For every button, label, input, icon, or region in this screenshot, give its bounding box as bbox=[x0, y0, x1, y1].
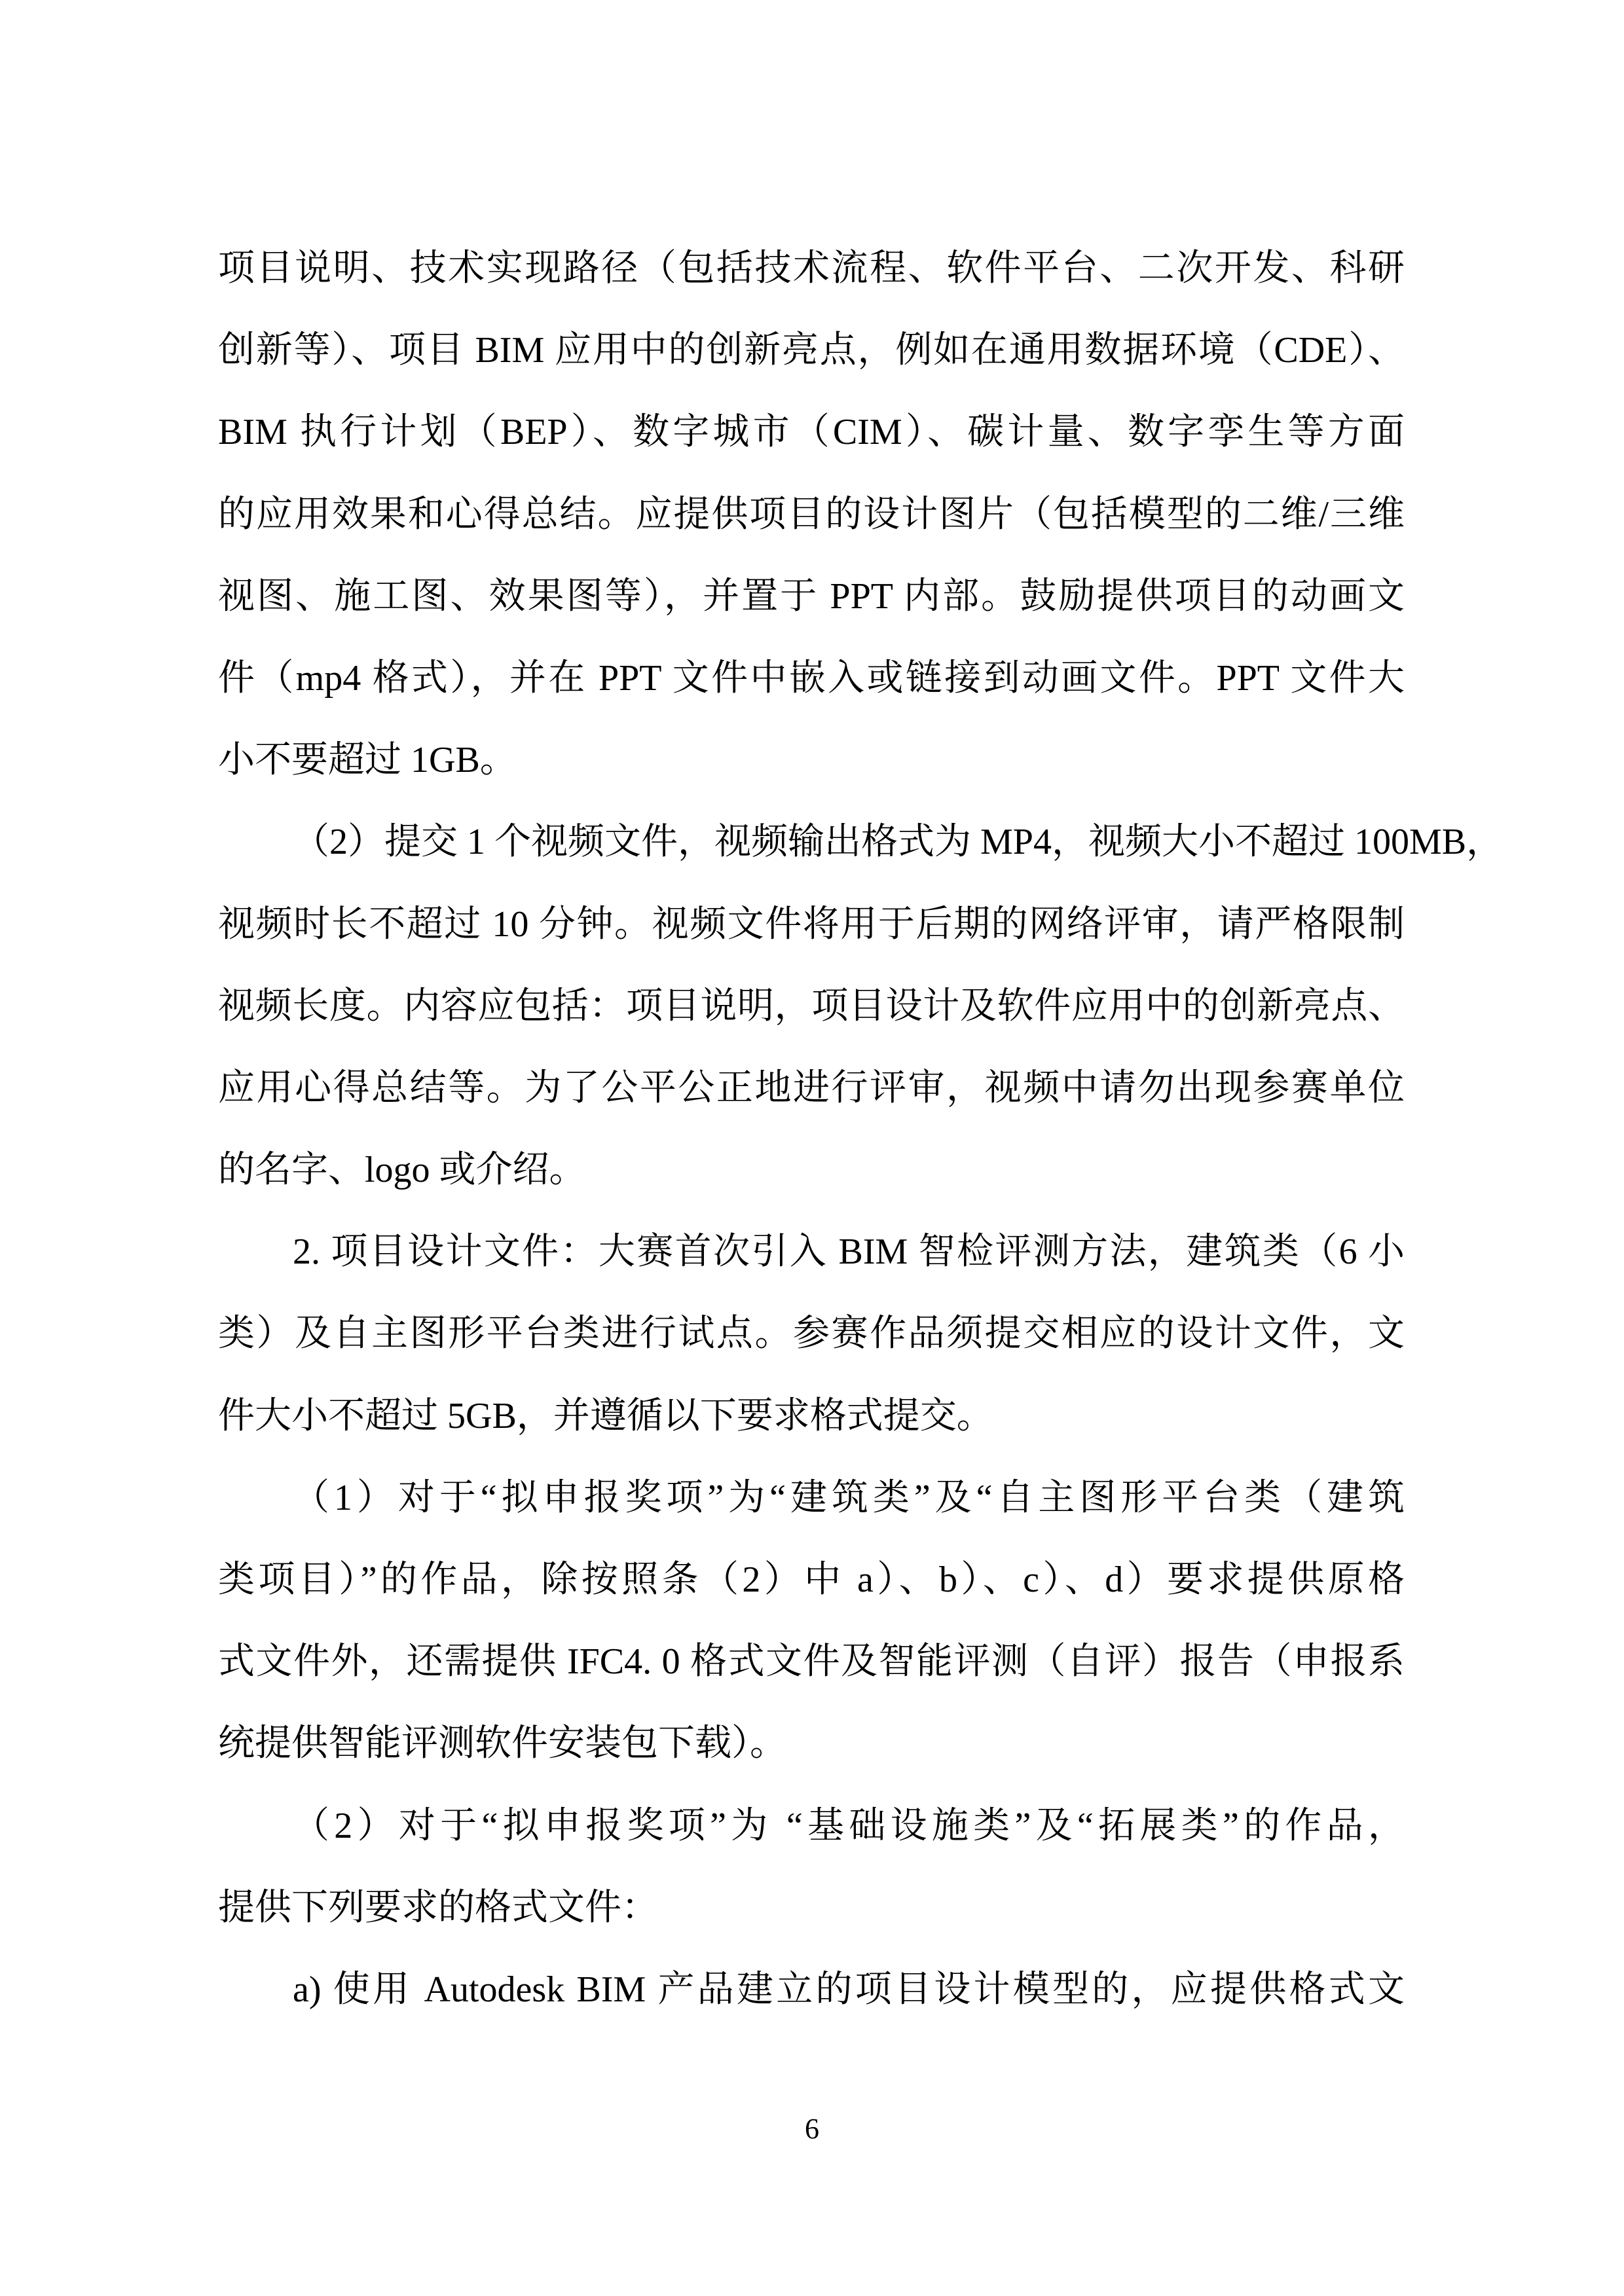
text-line: 应用心得总结等。为了公平公正地进行评审，视频中请勿出现参赛单位 bbox=[218, 1055, 1405, 1137]
text-line: 的应用效果和心得总结。应提供项目的设计图片（包括模型的二维/三维 bbox=[218, 482, 1405, 564]
text-line: 项目说明、技术实现路径（包括技术流程、软件平台、二次开发、科研 bbox=[218, 236, 1405, 318]
paragraph-infrastructure-category: （2）对于“拟申报奖项”为 “基础设施类”及“拓展类”的作品， 提供下列要求的格… bbox=[218, 1793, 1405, 1957]
text-line: 统提供智能评测软件安装包下载）。 bbox=[218, 1711, 1405, 1793]
text-line: 视图、施工图、效果图等），并置于 PPT 内部。鼓励提供项目的动画文 bbox=[218, 564, 1405, 646]
text-line: 的名字、logo 或介绍。 bbox=[218, 1137, 1405, 1219]
text-line: a) 使用 Autodesk BIM 产品建立的项目设计模型的，应提供格式文 bbox=[218, 1957, 1405, 2039]
text-line: （2）对于“拟申报奖项”为 “基础设施类”及“拓展类”的作品， bbox=[218, 1793, 1405, 1875]
text-line: 件大小不超过 5GB，并遵循以下要求格式提交。 bbox=[218, 1383, 1405, 1465]
text-line: （2）提交 1 个视频文件，视频输出格式为 MP4，视频大小不超过 100MB， bbox=[218, 809, 1405, 891]
paragraph-architecture-category: （1）对于“拟申报奖项”为“建筑类”及“自主图形平台类（建筑 类项目）”的作品，… bbox=[218, 1465, 1405, 1793]
page-number: 6 bbox=[0, 2109, 1624, 2149]
document-page: 项目说明、技术实现路径（包括技术流程、软件平台、二次开发、科研 创新等）、项目 … bbox=[0, 0, 1624, 2296]
paragraph-video-file: （2）提交 1 个视频文件，视频输出格式为 MP4，视频大小不超过 100MB，… bbox=[218, 809, 1405, 1219]
text-line: BIM 执行计划（BEP）、数字城市（CIM）、碳计量、数字孪生等方面 bbox=[218, 399, 1405, 481]
text-line: 件（mp4 格式），并在 PPT 文件中嵌入或链接到动画文件。PPT 文件大 bbox=[218, 646, 1405, 727]
paragraph-item-a-autodesk: a) 使用 Autodesk BIM 产品建立的项目设计模型的，应提供格式文 bbox=[218, 1957, 1405, 2039]
text-line: （1）对于“拟申报奖项”为“建筑类”及“自主图形平台类（建筑 bbox=[218, 1465, 1405, 1547]
text-line: 提供下列要求的格式文件： bbox=[218, 1875, 1405, 1957]
text-line: 式文件外，还需提供 IFC4. 0 格式文件及智能评测（自评）报告（申报系 bbox=[218, 1629, 1405, 1711]
text-line: 视频长度。内容应包括：项目说明，项目设计及软件应用中的创新亮点、 bbox=[218, 974, 1405, 1055]
paragraph-design-files: 2. 项目设计文件：大赛首次引入 BIM 智检评测方法，建筑类（6 小 类）及自… bbox=[218, 1219, 1405, 1465]
text-line: 视频时长不超过 10 分钟。视频文件将用于后期的网络评审，请严格限制 bbox=[218, 892, 1405, 974]
body-text: 项目说明、技术实现路径（包括技术流程、软件平台、二次开发、科研 创新等）、项目 … bbox=[218, 236, 1405, 2039]
text-line: 创新等）、项目 BIM 应用中的创新亮点，例如在通用数据环境（CDE）、 bbox=[218, 318, 1405, 399]
text-line: 类）及自主图形平台类进行试点。参赛作品须提交相应的设计文件，文 bbox=[218, 1301, 1405, 1383]
text-line: 小不要超过 1GB。 bbox=[218, 727, 1405, 809]
text-line: 2. 项目设计文件：大赛首次引入 BIM 智检评测方法，建筑类（6 小 bbox=[218, 1219, 1405, 1301]
paragraph-project-description: 项目说明、技术实现路径（包括技术流程、软件平台、二次开发、科研 创新等）、项目 … bbox=[218, 236, 1405, 809]
text-line: 类项目）”的作品，除按照条（2）中 a）、b）、c）、d）要求提供原格 bbox=[218, 1547, 1405, 1629]
